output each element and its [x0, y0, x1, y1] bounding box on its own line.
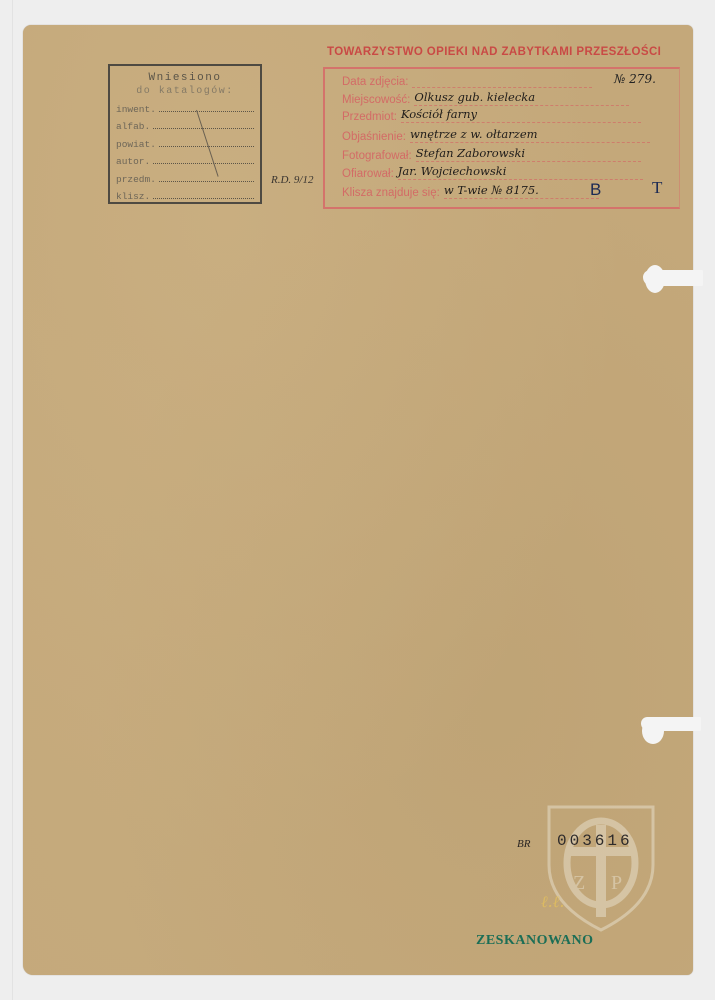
field-description: Objaśnienie: wnętrze z w. ołtarzem	[342, 127, 650, 143]
record-number: № 279.	[614, 72, 656, 86]
catalog-stamp-subtitle: do katalogów:	[110, 86, 260, 97]
yellow-signature: ℓ.ℓ.	[541, 892, 565, 912]
catalog-row: autor.	[110, 150, 260, 168]
inventory-prefix: BR	[517, 838, 530, 850]
svg-text:Z: Z	[573, 872, 585, 894]
rd-annotation: R.D. 9/12	[271, 174, 313, 186]
catalog-row: powiat.	[110, 132, 260, 150]
filing-notch-bottom-slot	[641, 717, 701, 731]
svg-text:P: P	[611, 872, 622, 894]
field-subject: Przedmiot: Kościół farny	[342, 107, 641, 123]
filing-notch-top-slot	[643, 270, 703, 286]
pencil-mark-t: T	[652, 178, 662, 198]
catalog-stamp: Wniesiono do katalogów: inwent. alfab. p…	[108, 64, 262, 204]
field-location: Miejscowość: Olkusz gub. kielecka	[342, 90, 629, 106]
shield-watermark-icon: Z P	[545, 803, 657, 933]
field-photographer: Fotografował: Stefan Zaborowski	[342, 146, 641, 162]
catalog-row: klisz.	[110, 185, 260, 203]
field-donor: Ofiarował: Jar. Wojciechowski	[342, 164, 643, 180]
catalog-row: inwent.	[110, 97, 260, 115]
society-stamp-title: TOWARZYSTWO OPIEKI NAD ZABYTKAMI PRZESZŁ…	[327, 46, 661, 58]
inventory-number: 003616	[557, 832, 633, 850]
scanned-stamp: ZESKANOWANO	[476, 933, 594, 949]
field-photo-date: Data zdjęcia:	[342, 72, 592, 88]
catalog-row: alfab.	[110, 115, 260, 133]
field-negative-location: Klisza znajduje się: w T-wie № 8175.	[342, 183, 599, 199]
scan-border	[12, 0, 13, 1000]
catalog-row: przedm.	[110, 167, 260, 185]
pencil-mark-b: B	[590, 180, 601, 200]
catalog-stamp-title: Wniesiono	[110, 72, 260, 84]
